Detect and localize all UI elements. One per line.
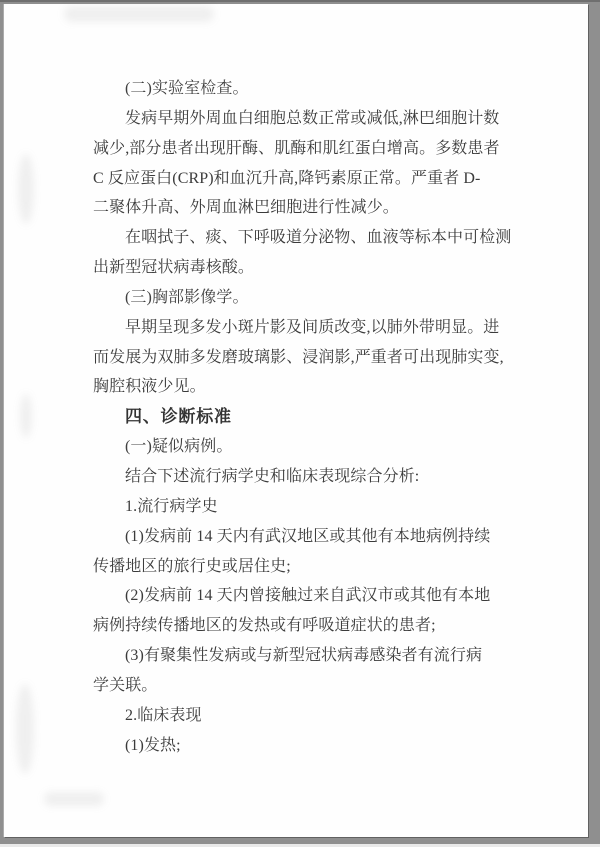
text-line: (3)有聚集性发病或与新型冠状病毒感染者有流行病 [93, 641, 543, 671]
scan-artifact [64, 6, 214, 22]
text-line: 病例持续传播地区的发热或有呼吸道症状的患者; [93, 611, 543, 641]
scan-artifact [20, 394, 32, 438]
scan-artifact [16, 684, 34, 774]
text-line: 1.流行病学史 [93, 492, 543, 522]
text-line: 早期呈现多发小斑片影及间质改变,以肺外带明显。进 [93, 313, 543, 343]
text-line: 二聚体升高、外周血淋巴细胞进行性减少。 [93, 193, 543, 223]
scan-background: { "meta": { "kind": "scanned-document-pa… [0, 0, 600, 847]
text-line: (1)发病前 14 天内有武汉地区或其他有本地病例持续 [93, 522, 543, 552]
text-line: (1)发热; [93, 731, 543, 761]
text-line: C 反应蛋白(CRP)和血沉升高,降钙素原正常。严重者 D- [93, 164, 543, 194]
text-line: 四、诊断标准 [93, 402, 543, 432]
text-line: (2)发病前 14 天内曾接触过来自武汉市或其他有本地 [93, 581, 543, 611]
text-line: 减少,部分患者出现肝酶、肌酶和肌红蛋白增高。多数患者 [93, 134, 543, 164]
scan-artifact [44, 792, 104, 806]
text-line: 结合下述流行病学史和临床表现综合分析: [93, 462, 543, 492]
text-line: 发病早期外周血白细胞总数正常或减低,淋巴细胞计数 [93, 104, 543, 134]
text-line: 胸腔积液少见。 [93, 372, 543, 402]
text-line: 而发展为双肺多发磨玻璃影、浸润影,严重者可出现肺实变, [93, 343, 543, 373]
text-line: (二)实验室检查。 [93, 74, 543, 104]
text-line: 传播地区的旅行史或居住史; [93, 552, 543, 582]
scan-artifact [18, 154, 34, 224]
text-line: 学关联。 [93, 671, 543, 701]
text-line: 在咽拭子、痰、下呼吸道分泌物、血液等标本中可检测 [93, 223, 543, 253]
scan-frame-top-edge [0, 0, 600, 2]
text-line: (三)胸部影像学。 [93, 283, 543, 313]
text-line: 出新型冠状病毒核酸。 [93, 253, 543, 283]
document-text: (二)实验室检查。发病早期外周血白细胞总数正常或减低,淋巴细胞计数减少,部分患者… [93, 74, 543, 760]
text-line: 2.临床表现 [93, 701, 543, 731]
text-line: (一)疑似病例。 [93, 432, 543, 462]
document-page: (二)实验室检查。发病早期外周血白细胞总数正常或减低,淋巴细胞计数减少,部分患者… [4, 4, 588, 837]
